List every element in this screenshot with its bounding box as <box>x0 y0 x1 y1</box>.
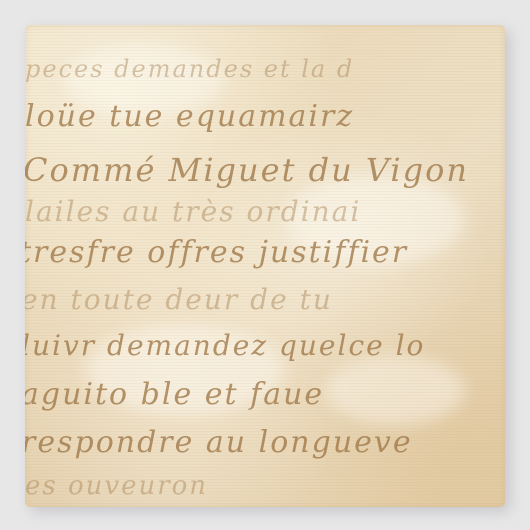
stone-coaster: peces demandes et la d loüe tue equamair… <box>25 25 505 507</box>
script-line: respondre au longueve <box>25 425 413 460</box>
script-line: es ouveuron <box>25 471 208 501</box>
script-line: loüe tue equamairz <box>25 99 354 134</box>
stone-mottle <box>325 355 465 425</box>
script-line: aguito ble et faue <box>25 377 324 412</box>
script-line: tresfre offres justiffier <box>25 235 408 270</box>
script-line: peces demandes et la d <box>25 55 354 83</box>
script-line: lailes au très ordinai <box>25 195 361 228</box>
script-line: Commé Miguet du Vigon <box>25 151 469 189</box>
script-line: luivr demandez quelce lo <box>25 329 425 362</box>
script-line: en toute deur de tu <box>25 283 333 316</box>
